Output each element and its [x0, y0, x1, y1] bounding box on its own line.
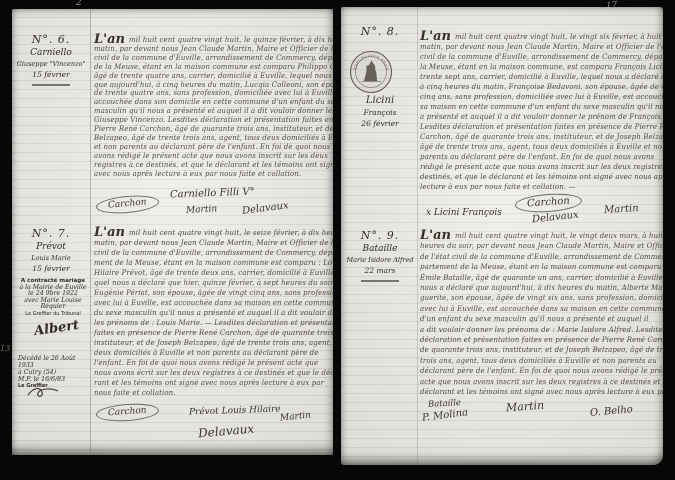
child-given-names: Louis Marie — [14, 254, 88, 262]
acte-7-signatures: Carchon Prévot Louis Hilaire Martin Dela… — [94, 400, 330, 446]
manuscript-line: matin, par devant nous Jean Claude Marti… — [420, 42, 658, 52]
manuscript-line: à cinq heures du matin, Françoise Bedavo… — [420, 82, 658, 92]
manuscript-line: les prénoms de : Louis Marie. — Lesdites… — [94, 318, 330, 328]
registry-right-page: N°. 8. RÉPUBLIQUE FRANÇAISE Licini Franç… — [341, 7, 663, 465]
manuscript-line: de l'état civil de la commune d'Euville,… — [420, 252, 658, 262]
manuscript-line: sa maison en cette commune d'un enfant d… — [420, 102, 658, 112]
signature: Delavaux — [197, 422, 254, 441]
entry-date: 15 février — [14, 264, 88, 273]
manuscript-line: déclarant et les témoins ont signé avec … — [420, 387, 658, 397]
manuscript-line: nous avons écrit sur les deux registres … — [94, 368, 330, 378]
signature: O. Belho — [590, 404, 634, 419]
manuscript-line: partement de la Meuse, étant en la maiso… — [420, 262, 658, 272]
margin-annotation-acte-8-names: Licini François 26 février — [343, 93, 417, 128]
entry-date: 22 mars — [343, 266, 417, 275]
entry-number: N°. 7. — [14, 227, 88, 240]
manuscript-line: a dit vouloir donner les prénoms de : Ma… — [420, 325, 658, 335]
registry-left-page: N°. 6. Carniello Giuseppe "Vincenzo" 15 … — [12, 9, 333, 455]
signature: Martin — [186, 204, 218, 216]
acte-7: L'an mil huit cent quatre vingt huit, le… — [94, 228, 330, 398]
margin-annotation-acte-7: N°. 7. Prévot Louis Marie 15 février — [14, 227, 88, 273]
signature: x Licini François — [426, 208, 502, 218]
manuscript-line: nous faite et collation. — [94, 388, 330, 398]
child-given-names: Giuseppe "Vincenzo" — [14, 60, 88, 68]
manuscript-line: âgé de trente trois ans, agent, tous deu… — [420, 142, 658, 152]
page-number-pencil-left-edge: 13 — [0, 344, 10, 353]
manuscript-line: Hilaire Prévot, âgé de trente deux ans, … — [94, 268, 330, 278]
manuscript-line: Pierre René Carchon, âgé de quarante tro… — [94, 125, 330, 134]
signature: Carniello Filli V° — [170, 187, 255, 201]
note-line: à Cutry (54) — [18, 369, 88, 376]
manuscript-line: mil huit cent quatre vingt huit, le seiz… — [94, 228, 330, 238]
manuscript-line: Giuseppe Vincenzo. Lesdites déclaration … — [94, 116, 330, 125]
margin-rule — [417, 7, 418, 465]
manuscript-line: mil huit cent quatre vingt huit, le ving… — [420, 231, 658, 241]
signature: Martin — [506, 399, 545, 415]
manuscript-line: heures du soir, par devant nous Jean Cla… — [420, 241, 658, 251]
manuscript-line: déclarant père de l'enfant. En foi de qu… — [420, 366, 658, 376]
acte-9-text: mil huit cent quatre vingt huit, le ving… — [420, 231, 658, 398]
entry-number: N°. 9. — [343, 229, 417, 242]
manuscript-line: civil de la commune d'Euville, arrondiss… — [94, 248, 330, 258]
manuscript-line: accouchée dans son domicile en cette com… — [94, 98, 330, 107]
manuscript-line: civil de la commune d'Euville, arrondiss… — [420, 52, 658, 62]
acte-7-text: mil huit cent quatre vingt huit, le seiz… — [94, 228, 330, 398]
manuscript-line: acte que nous avons inscrit sur les deux… — [420, 377, 658, 387]
manuscript-line: cinq ans, sans profession, domiciliée av… — [420, 92, 658, 102]
greffier-paraph — [26, 385, 60, 399]
margin-annotation-acte-6: N°. 6. Carniello Giuseppe "Vincenzo" 15 … — [14, 33, 88, 86]
manuscript-line: Lesdites déclaration et présentation fai… — [420, 122, 658, 132]
manuscript-line: a présenté et auquel il a dit vouloir do… — [420, 112, 658, 122]
manuscript-line: rant et les témoins ont signé avec nous … — [94, 378, 330, 388]
stamp-line: Réquier — [17, 304, 89, 311]
manuscript-line: avec lui à Euville, est accouchée dans s… — [420, 304, 658, 314]
greffier-signature: Albert — [33, 318, 80, 339]
margin-underline — [32, 84, 70, 86]
child-surname: Carniello — [14, 48, 88, 58]
manuscript-line: quel nous a déclaré que hier, quinze fév… — [94, 278, 330, 288]
manuscript-line: trente sept ans, carrier, domicilié à Eu… — [420, 72, 658, 82]
manuscript-line: mil huit cent quatre vingt huit, le ving… — [420, 32, 658, 42]
acte-6: L'an mil huit cent quatre vingt huit, le… — [94, 36, 330, 179]
manuscript-line: guerite, son épouse, âgée de vingt six a… — [420, 293, 658, 303]
margin-underline — [361, 280, 399, 282]
entry-number: N°. 8. — [343, 25, 417, 38]
marriage-margin-stamp: A contracté mariage à la Mairie de Euvil… — [17, 278, 89, 318]
manuscript-line: rédigé le présent acte que nous avons in… — [420, 162, 658, 172]
child-surname: Prévot — [14, 242, 88, 252]
manuscript-line: instituteur, et de Joseph Belzapeo, âgé … — [94, 338, 330, 348]
entry-date: 26 février — [343, 119, 417, 128]
manuscript-line: de trente quatre ans, sans profession, d… — [94, 89, 330, 98]
acte-6-text: mil huit cent quatre vingt huit, le quin… — [94, 36, 330, 179]
entry-date: 15 février — [14, 70, 88, 79]
page-number-pencil-top-left: 2 — [76, 0, 82, 8]
acte-9-signatures: Bataille P. Molina Martin O. Belho — [420, 399, 656, 445]
manuscript-line: avec lui à Euville, est accouchée dans s… — [94, 298, 330, 308]
registry-scan: 2 13 17 N°. 6. Carniello Giuseppe "Vince… — [0, 0, 675, 480]
signature: Carchon — [95, 193, 159, 215]
signature: Martin — [280, 410, 312, 423]
manuscript-line: de quarante trois ans, instituteur, et d… — [420, 345, 658, 355]
manuscript-line: civil de la commune d'Euville, arrondiss… — [94, 54, 330, 63]
manuscript-line: trois ans, agent, tous deux domiciliés à… — [420, 356, 658, 366]
child-given-names: Marie Isidore Alfred — [343, 256, 417, 264]
manuscript-line: faites en présence de Pierre René Carcho… — [94, 328, 330, 338]
child-surname: Licini — [343, 95, 417, 106]
manuscript-line: nous a déclaré que aujourd'hui, à dix he… — [420, 283, 658, 293]
manuscript-line: parents au déclarant père de l'enfant. E… — [420, 152, 658, 162]
manuscript-line: avons rédigé le présent acte que nous av… — [94, 152, 330, 161]
manuscript-line: Carchon, âgé de quarante trois ans, inst… — [420, 132, 658, 142]
manuscript-line: masculin qu'il nous a présenté et auquel… — [94, 107, 330, 116]
child-surname: Bataille — [343, 244, 417, 254]
manuscript-line: d'un enfant du sexe masculin qu'il nous … — [420, 314, 658, 324]
manuscript-line: registres à ce destinés, et que le décla… — [94, 161, 330, 170]
manuscript-line: et non parents au déclarant père de l'en… — [94, 143, 330, 152]
note-line: M.F. le 16/6/83 — [18, 376, 88, 383]
manuscript-line: la Meuse, étant en la maison commune, es… — [420, 62, 658, 72]
manuscript-line: que aujourd'hui, à cinq heures du matin,… — [94, 81, 330, 90]
margin-annotation-acte-8: N°. 8. — [343, 25, 417, 38]
manuscript-line: Émile Bataille, âgé de quarante un ans, … — [420, 273, 658, 283]
manuscript-line: Eugénie Périat, son épouse, âgée de ving… — [94, 288, 330, 298]
manuscript-line: déclaration et présentation faites en pr… — [420, 335, 658, 345]
manuscript-line: destinés, et que le déclarant et les tém… — [420, 172, 658, 182]
acte-8: L'an mil huit cent quatre vingt huit, le… — [420, 32, 658, 192]
signature: Delavaux — [242, 200, 290, 217]
manuscript-line: avec nous après lecture à eux par nous f… — [94, 170, 330, 179]
manuscript-line: l'enfant. En foi de quoi nous avons rédi… — [94, 358, 330, 368]
manuscript-line: matin, par devant nous Jean Claude Marti… — [94, 45, 330, 54]
manuscript-line: âgé de trente quatre ans, carrier, domic… — [94, 72, 330, 81]
manuscript-line: matin, par devant nous Jean Claude Marti… — [94, 238, 330, 248]
manuscript-line: Belzapeo, âgé de trente trois ans, agent… — [94, 134, 330, 143]
manuscript-line: mil huit cent quatre vingt huit, le quin… — [94, 36, 330, 45]
signature: Prévot Louis Hilaire — [189, 404, 281, 417]
note-line: Décédé le 26 Août 1933 — [18, 355, 88, 369]
acte-8-text: mil huit cent quatre vingt huit, le ving… — [420, 32, 658, 192]
margin-rule — [90, 9, 91, 455]
manuscript-line: du sexe masculin qu'il nous a présenté e… — [94, 308, 330, 318]
stamp-line: Le Greffier du Tribunal — [17, 311, 89, 318]
acte-9: L'an mil huit cent quatre vingt huit, le… — [420, 231, 658, 398]
entry-number: N°. 6. — [14, 33, 88, 46]
manuscript-line: lecture à eux par nous faite et collatio… — [420, 182, 658, 192]
official-seal: RÉPUBLIQUE FRANÇAISE — [349, 50, 393, 94]
signature: Martin — [604, 203, 639, 216]
signature: Carchon — [95, 402, 159, 423]
margin-annotation-acte-9: N°. 9. Bataille Marie Isidore Alfred 22 … — [343, 229, 417, 282]
manuscript-line: ment de la Meuse, étant en la maison com… — [94, 258, 330, 268]
manuscript-line: de la Meuse, étant en la maison commune … — [94, 63, 330, 72]
child-given-names: François — [343, 108, 417, 117]
manuscript-line: deux domiciliés à Euville et non parents… — [94, 348, 330, 358]
